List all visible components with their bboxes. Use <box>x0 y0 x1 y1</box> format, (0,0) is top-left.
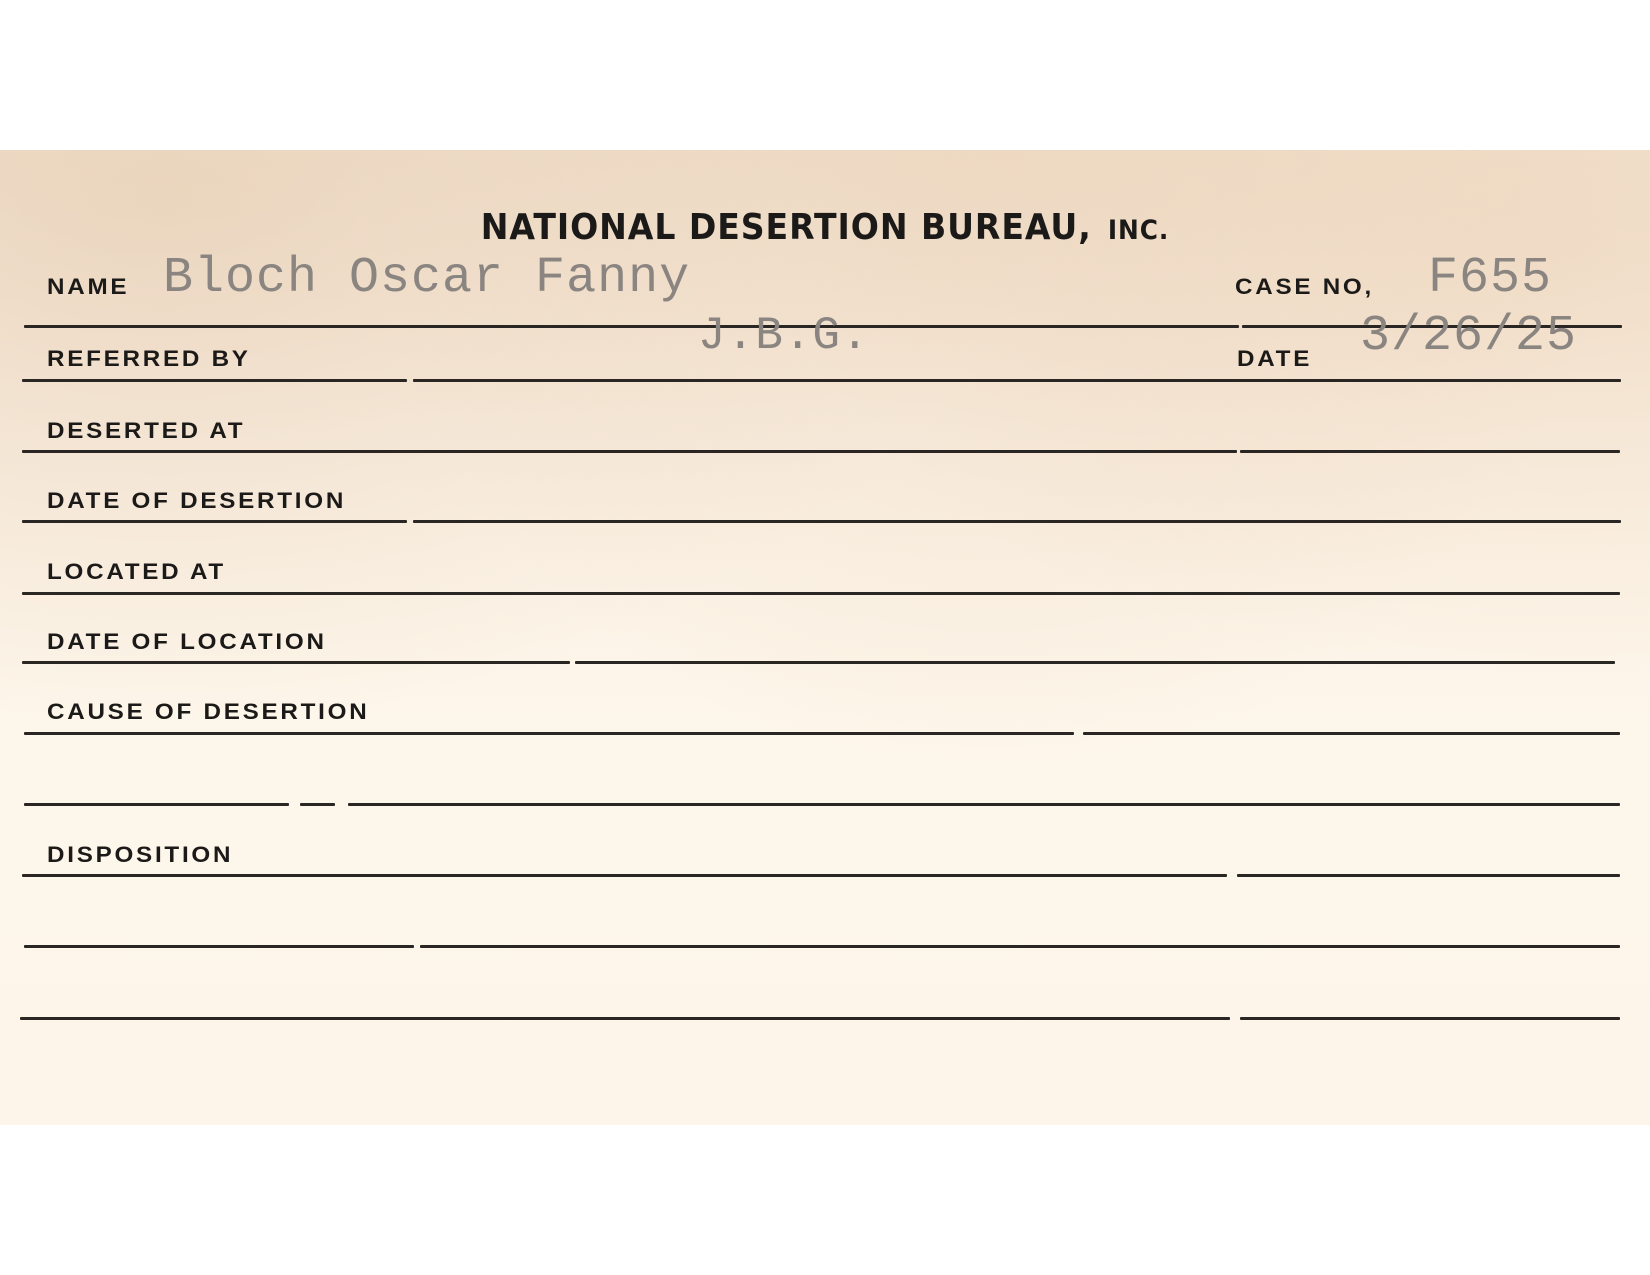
name-line <box>24 325 1239 328</box>
date-of-location-line <box>22 661 570 664</box>
date-value: 3/26/25 <box>1360 308 1577 365</box>
date-of-desertion-line <box>22 520 407 523</box>
case-no-label: CASE NO, <box>1235 274 1374 300</box>
disposition-line <box>22 874 1227 877</box>
located-at-line <box>22 592 1620 595</box>
name-value: Bloch Oscar Fanny <box>163 250 690 307</box>
deserted-at-label: DESERTED AT <box>47 418 245 444</box>
disposition-label: DISPOSITION <box>47 842 233 868</box>
cause-continuation-line-1 <box>24 803 289 806</box>
bureau-suffix: INC. <box>1108 215 1169 246</box>
referred-by-value: J.B.G. <box>698 310 870 362</box>
bureau-name: NATIONAL DESERTION BUREAU, <box>481 207 1092 248</box>
located-at-label: LOCATED AT <box>47 559 226 585</box>
date-label: DATE <box>1237 346 1312 372</box>
cause-of-desertion-line <box>24 732 1074 735</box>
date-of-location-label: DATE OF LOCATION <box>47 629 327 655</box>
cause-continuation-line-3 <box>348 803 1620 806</box>
index-card: NATIONAL DESERTION BUREAU, INC. NAME Blo… <box>0 150 1650 1125</box>
cause-of-desertion-line-end <box>1083 732 1620 735</box>
date-line <box>413 379 1621 382</box>
cause-continuation-line-2 <box>300 803 335 806</box>
referred-by-label: REFERRED BY <box>47 346 251 372</box>
date-of-location-line-end <box>575 661 1615 664</box>
disposition-continuation-line-2a <box>20 1017 1230 1020</box>
card-title: NATIONAL DESERTION BUREAU, INC. <box>66 207 1584 248</box>
deserted-at-line <box>22 450 1237 453</box>
deserted-at-line-end <box>1240 450 1620 453</box>
disposition-continuation-line-1b <box>420 945 1620 948</box>
referred-by-line <box>22 379 407 382</box>
disposition-line-end <box>1237 874 1620 877</box>
cause-of-desertion-label: CAUSE OF DESERTION <box>47 699 369 725</box>
date-of-desertion-label: DATE OF DESERTION <box>47 488 346 514</box>
name-label: NAME <box>47 274 129 300</box>
disposition-continuation-line-2b <box>1240 1017 1620 1020</box>
date-of-desertion-line-end <box>413 520 1621 523</box>
disposition-continuation-line-1a <box>24 945 414 948</box>
case-no-value: F655 <box>1428 250 1552 307</box>
